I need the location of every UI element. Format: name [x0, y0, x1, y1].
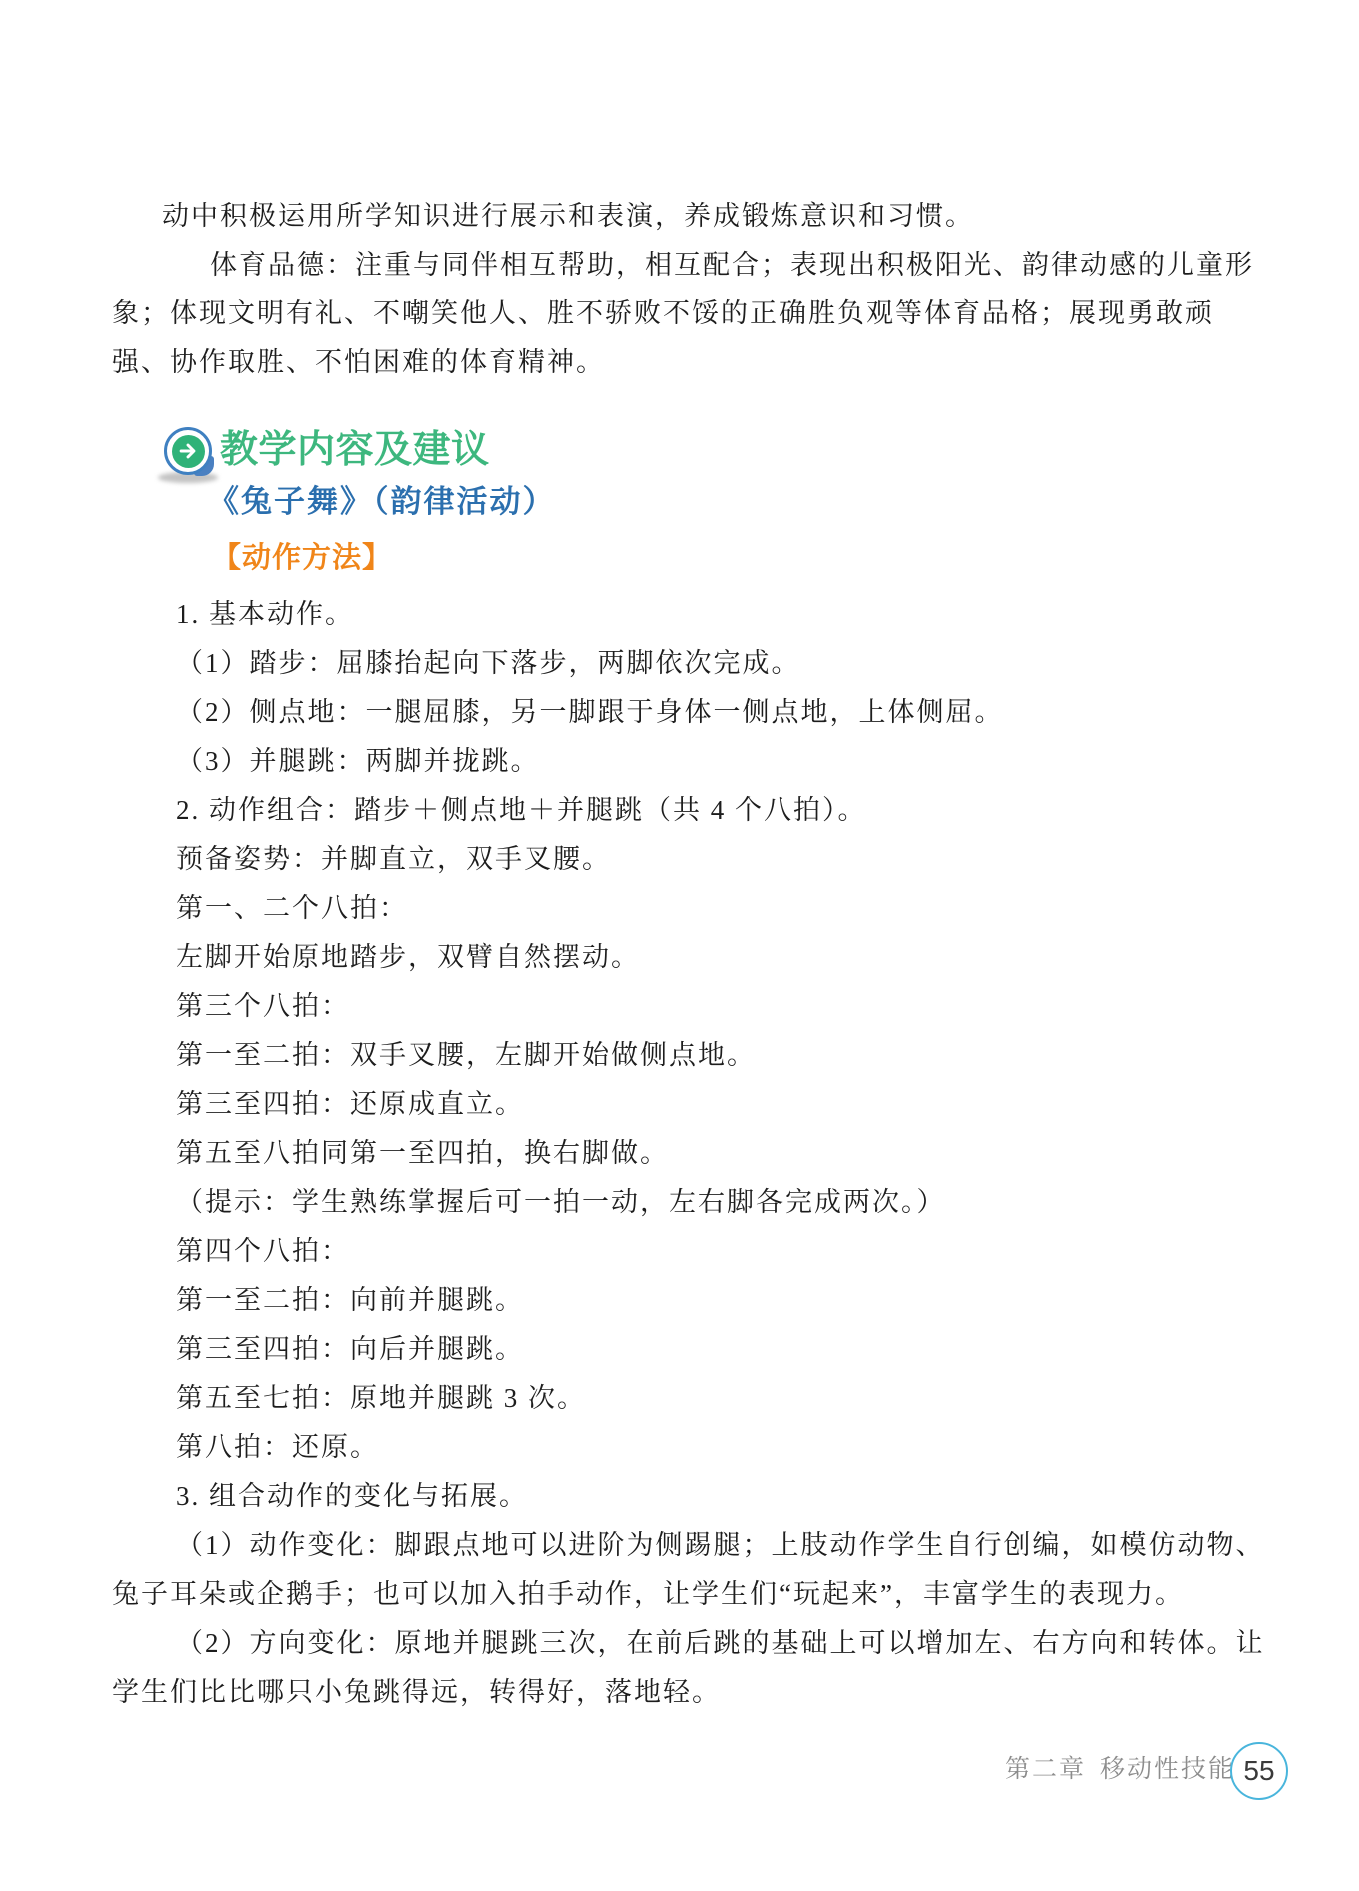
page-number: 55 — [1243, 1755, 1274, 1787]
page-number-badge: 55 — [1230, 1742, 1288, 1800]
text-line: 1. 基本动作。 — [112, 590, 1312, 639]
text-line: 2. 动作组合：踏步＋侧点地＋并腿跳（共 4 个八拍）。 — [112, 786, 1312, 835]
method-label: 【动作方法】 — [212, 540, 392, 576]
text-line: （2）侧点地：一腿屈膝，另一脚跟于身体一侧点地，上体侧屈。 — [112, 688, 1312, 737]
text-line: （2）方向变化：原地并腿跳三次，在前后跳的基础上可以增加左、右方向和转体。让 — [112, 1619, 1312, 1668]
text-line: 预备姿势：并脚直立，双手叉腰。 — [112, 835, 1312, 884]
lesson-subtitle: 《兔子舞》（韵律活动） — [208, 482, 556, 522]
text-line: 第一、二个八拍： — [112, 884, 1312, 933]
text-line: 第三至四拍：向后并腿跳。 — [112, 1325, 1312, 1374]
text-line: （提示：学生熟练掌握后可一拍一动，左右脚各完成两次。） — [112, 1178, 1312, 1227]
text-line: 象；体现文明有礼、不嘲笑他人、胜不骄败不馁的正确胜负观等体育品格；展现勇敢顽 — [112, 289, 1312, 338]
page-footer: 第二章移动性技能 — [1005, 1753, 1235, 1785]
text-line: 第三个八拍： — [112, 982, 1312, 1031]
text-line: （1）动作变化：脚跟点地可以进阶为侧踢腿；上肢动作学生自行创编，如模仿动物、 — [112, 1521, 1312, 1570]
section-title: 教学内容及建议 — [220, 424, 490, 476]
text-line: （1）踏步：屈膝抬起向下落步，两脚依次完成。 — [112, 639, 1312, 688]
footer-section-title: 移动性技能 — [1100, 1755, 1235, 1783]
body-text: 1. 基本动作。（1）踏步：屈膝抬起向下落步，两脚依次完成。（2）侧点地：一腿屈… — [112, 590, 1312, 1717]
text-line: 第四个八拍： — [112, 1227, 1312, 1276]
textbook-page: 动中积极运用所学知识进行展示和表演，养成锻炼意识和习惯。体育品德：注重与同伴相互… — [0, 0, 1359, 1891]
intro-paragraphs: 动中积极运用所学知识进行展示和表演，养成锻炼意识和习惯。体育品德：注重与同伴相互… — [112, 192, 1312, 386]
footer-chapter: 第二章 — [1005, 1755, 1086, 1783]
text-line: 强、协作取胜、不怕困难的体育精神。 — [112, 338, 1312, 387]
arrow-right-circle-icon — [164, 427, 212, 475]
text-line: 第八拍：还原。 — [112, 1423, 1312, 1472]
text-line: 第三至四拍：还原成直立。 — [112, 1080, 1312, 1129]
icon-ring — [164, 427, 212, 475]
text-line: 第五至八拍同第一至四拍，换右脚做。 — [112, 1129, 1312, 1178]
text-line: 第一至二拍：向前并腿跳。 — [112, 1276, 1312, 1325]
text-line: 兔子耳朵或企鹅手；也可以加入拍手动作，让学生们“玩起来”，丰富学生的表现力。 — [112, 1570, 1312, 1619]
arrow-right-glyph — [172, 435, 205, 468]
text-line: 第一至二拍：双手叉腰，左脚开始做侧点地。 — [112, 1031, 1312, 1080]
text-line: 第五至七拍：原地并腿跳 3 次。 — [112, 1374, 1312, 1423]
text-line: 体育品德：注重与同伴相互帮助，相互配合；表现出积极阳光、韵律动感的儿童形 — [112, 241, 1312, 290]
text-line: 动中积极运用所学知识进行展示和表演，养成锻炼意识和习惯。 — [112, 192, 1312, 241]
text-line: 左脚开始原地踏步，双臂自然摆动。 — [112, 933, 1312, 982]
text-line: 学生们比比哪只小兔跳得远，转得好，落地轻。 — [112, 1668, 1312, 1717]
text-line: （3）并腿跳：两脚并拢跳。 — [112, 737, 1312, 786]
text-line: 3. 组合动作的变化与拓展。 — [112, 1472, 1312, 1521]
